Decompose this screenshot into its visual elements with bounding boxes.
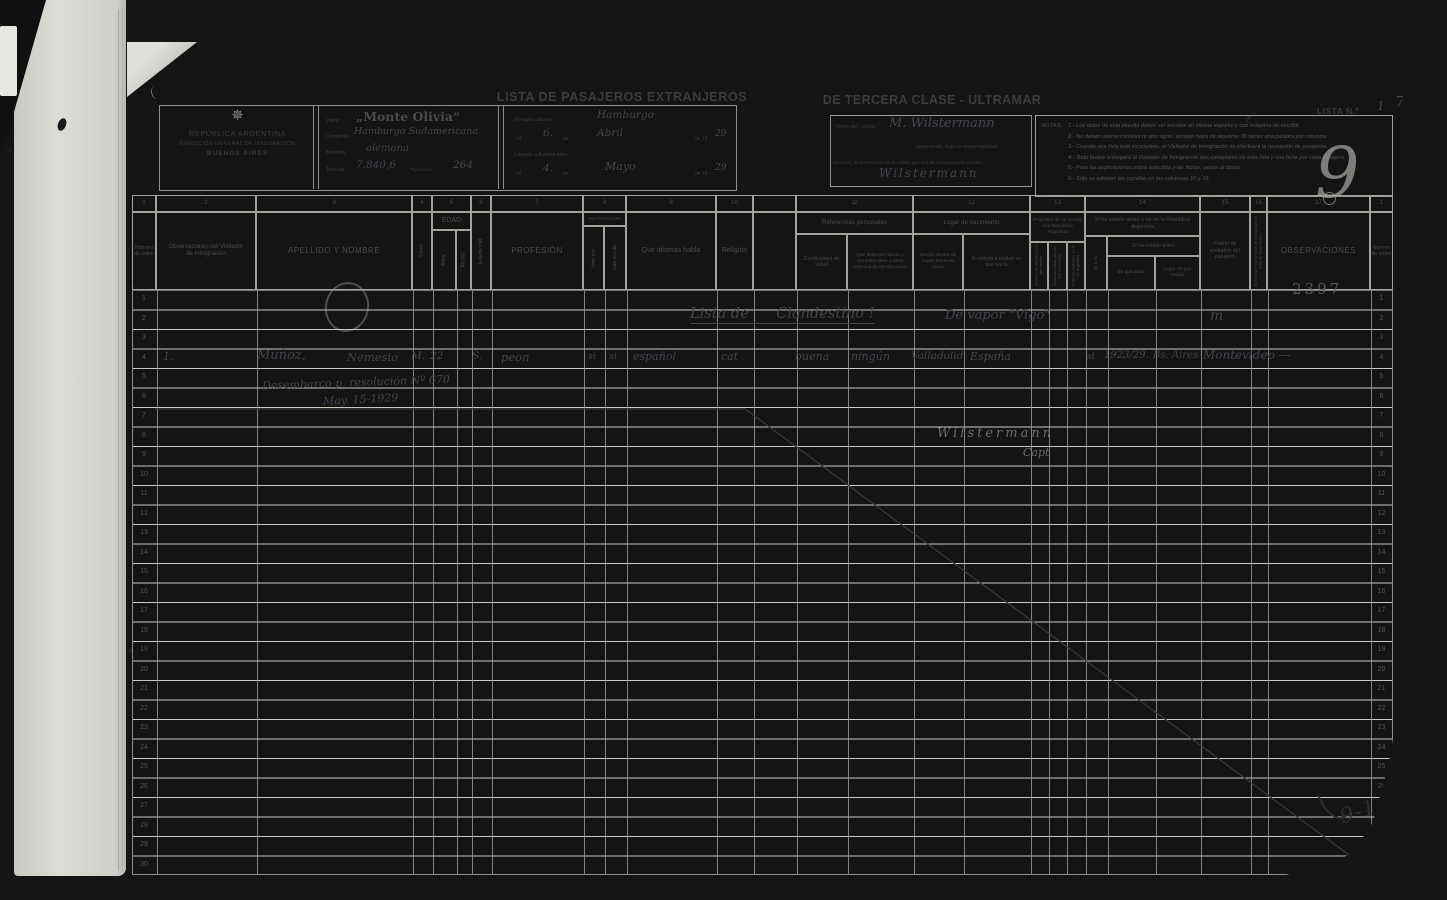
page-stack-edge [0, 0, 130, 900]
scanned-passenger-list-photo: { "header": { "title_left": "LISTA DE PA… [0, 0, 1447, 900]
row-number: 30 [1370, 861, 1393, 868]
strikethrough-lines [127, 42, 1413, 882]
underlying-page-edge [14, 0, 126, 876]
page-tab [0, 26, 17, 96]
row-number: 28 [1370, 822, 1393, 829]
page-edge-line [118, 10, 119, 870]
row-number: 29 [1370, 841, 1393, 848]
ink-blot [8, 146, 12, 153]
passenger-list-sheet: LISTA DE PASAJEROS EXTRANJEROS DE TERCER… [127, 42, 1413, 882]
page-edge-line [122, 6, 123, 872]
